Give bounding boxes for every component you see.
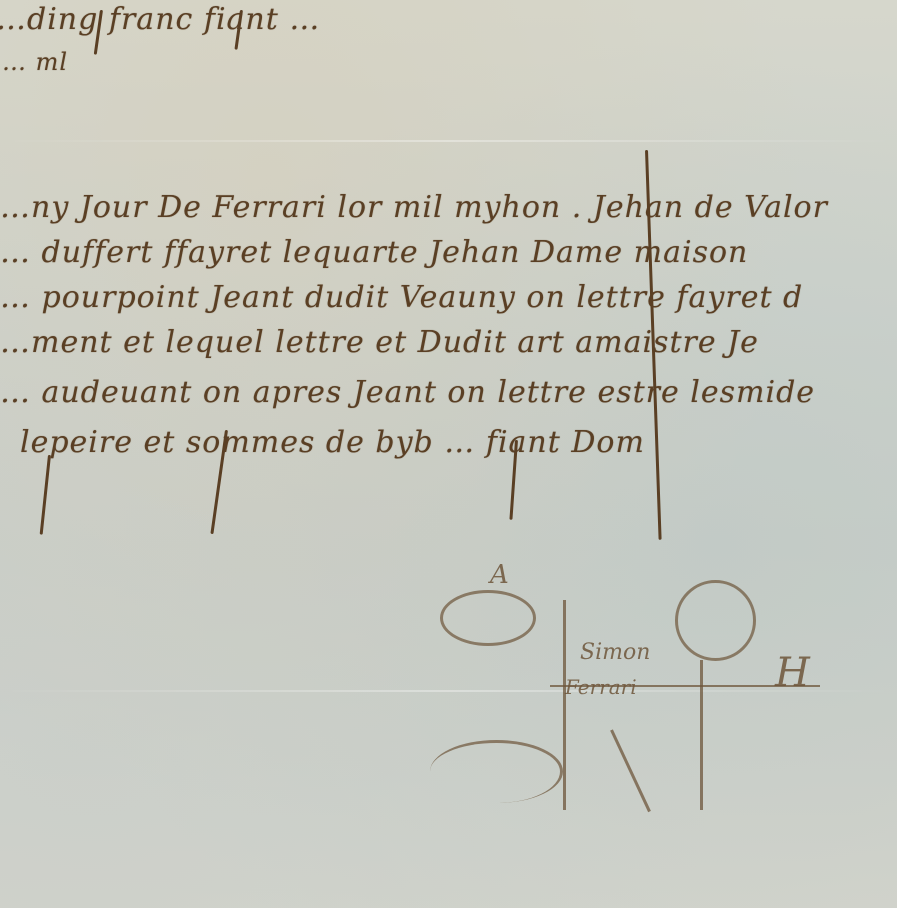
body-line-3: … pourpoint Jeant dudit Veauny on lettre… xyxy=(0,280,803,315)
signature-block: A Simon Ferrari H xyxy=(420,560,840,820)
signature-stroke xyxy=(563,600,566,810)
body-line-6: lepeire et sommes de byb … fiant Dom xyxy=(20,425,645,460)
body-line-1: …ny Jour De Ferrari lor mil myhon . Jeha… xyxy=(0,190,828,225)
signature-name: Simon xyxy=(580,640,650,665)
signature-stroke xyxy=(700,660,703,810)
manuscript-parchment: …ding franc fiant … … ml …ny Jour De Fer… xyxy=(0,0,897,908)
signature-stroke xyxy=(610,729,651,812)
body-line-2: … duffert ffayret lequarte Jehan Dame ma… xyxy=(0,235,748,270)
top-fragment-line-1: …ding franc fiant … xyxy=(0,2,320,37)
body-line-5: … audeuant on apres Jeant on lettre estr… xyxy=(0,375,815,410)
top-fragment-line-2: … ml xyxy=(2,48,68,76)
signature-flourish xyxy=(675,580,756,661)
signature-flourish xyxy=(430,740,563,803)
signature-flourish xyxy=(440,590,536,646)
fold-crease xyxy=(0,140,897,142)
signature-initial-mark: A xyxy=(490,560,509,590)
body-line-4: …ment et lequel lettre et Dudit art amai… xyxy=(0,325,759,360)
signature-flourish-text: Ferrari xyxy=(565,675,637,699)
ink-descender xyxy=(40,455,51,535)
signature-mark-h: H xyxy=(775,650,810,696)
